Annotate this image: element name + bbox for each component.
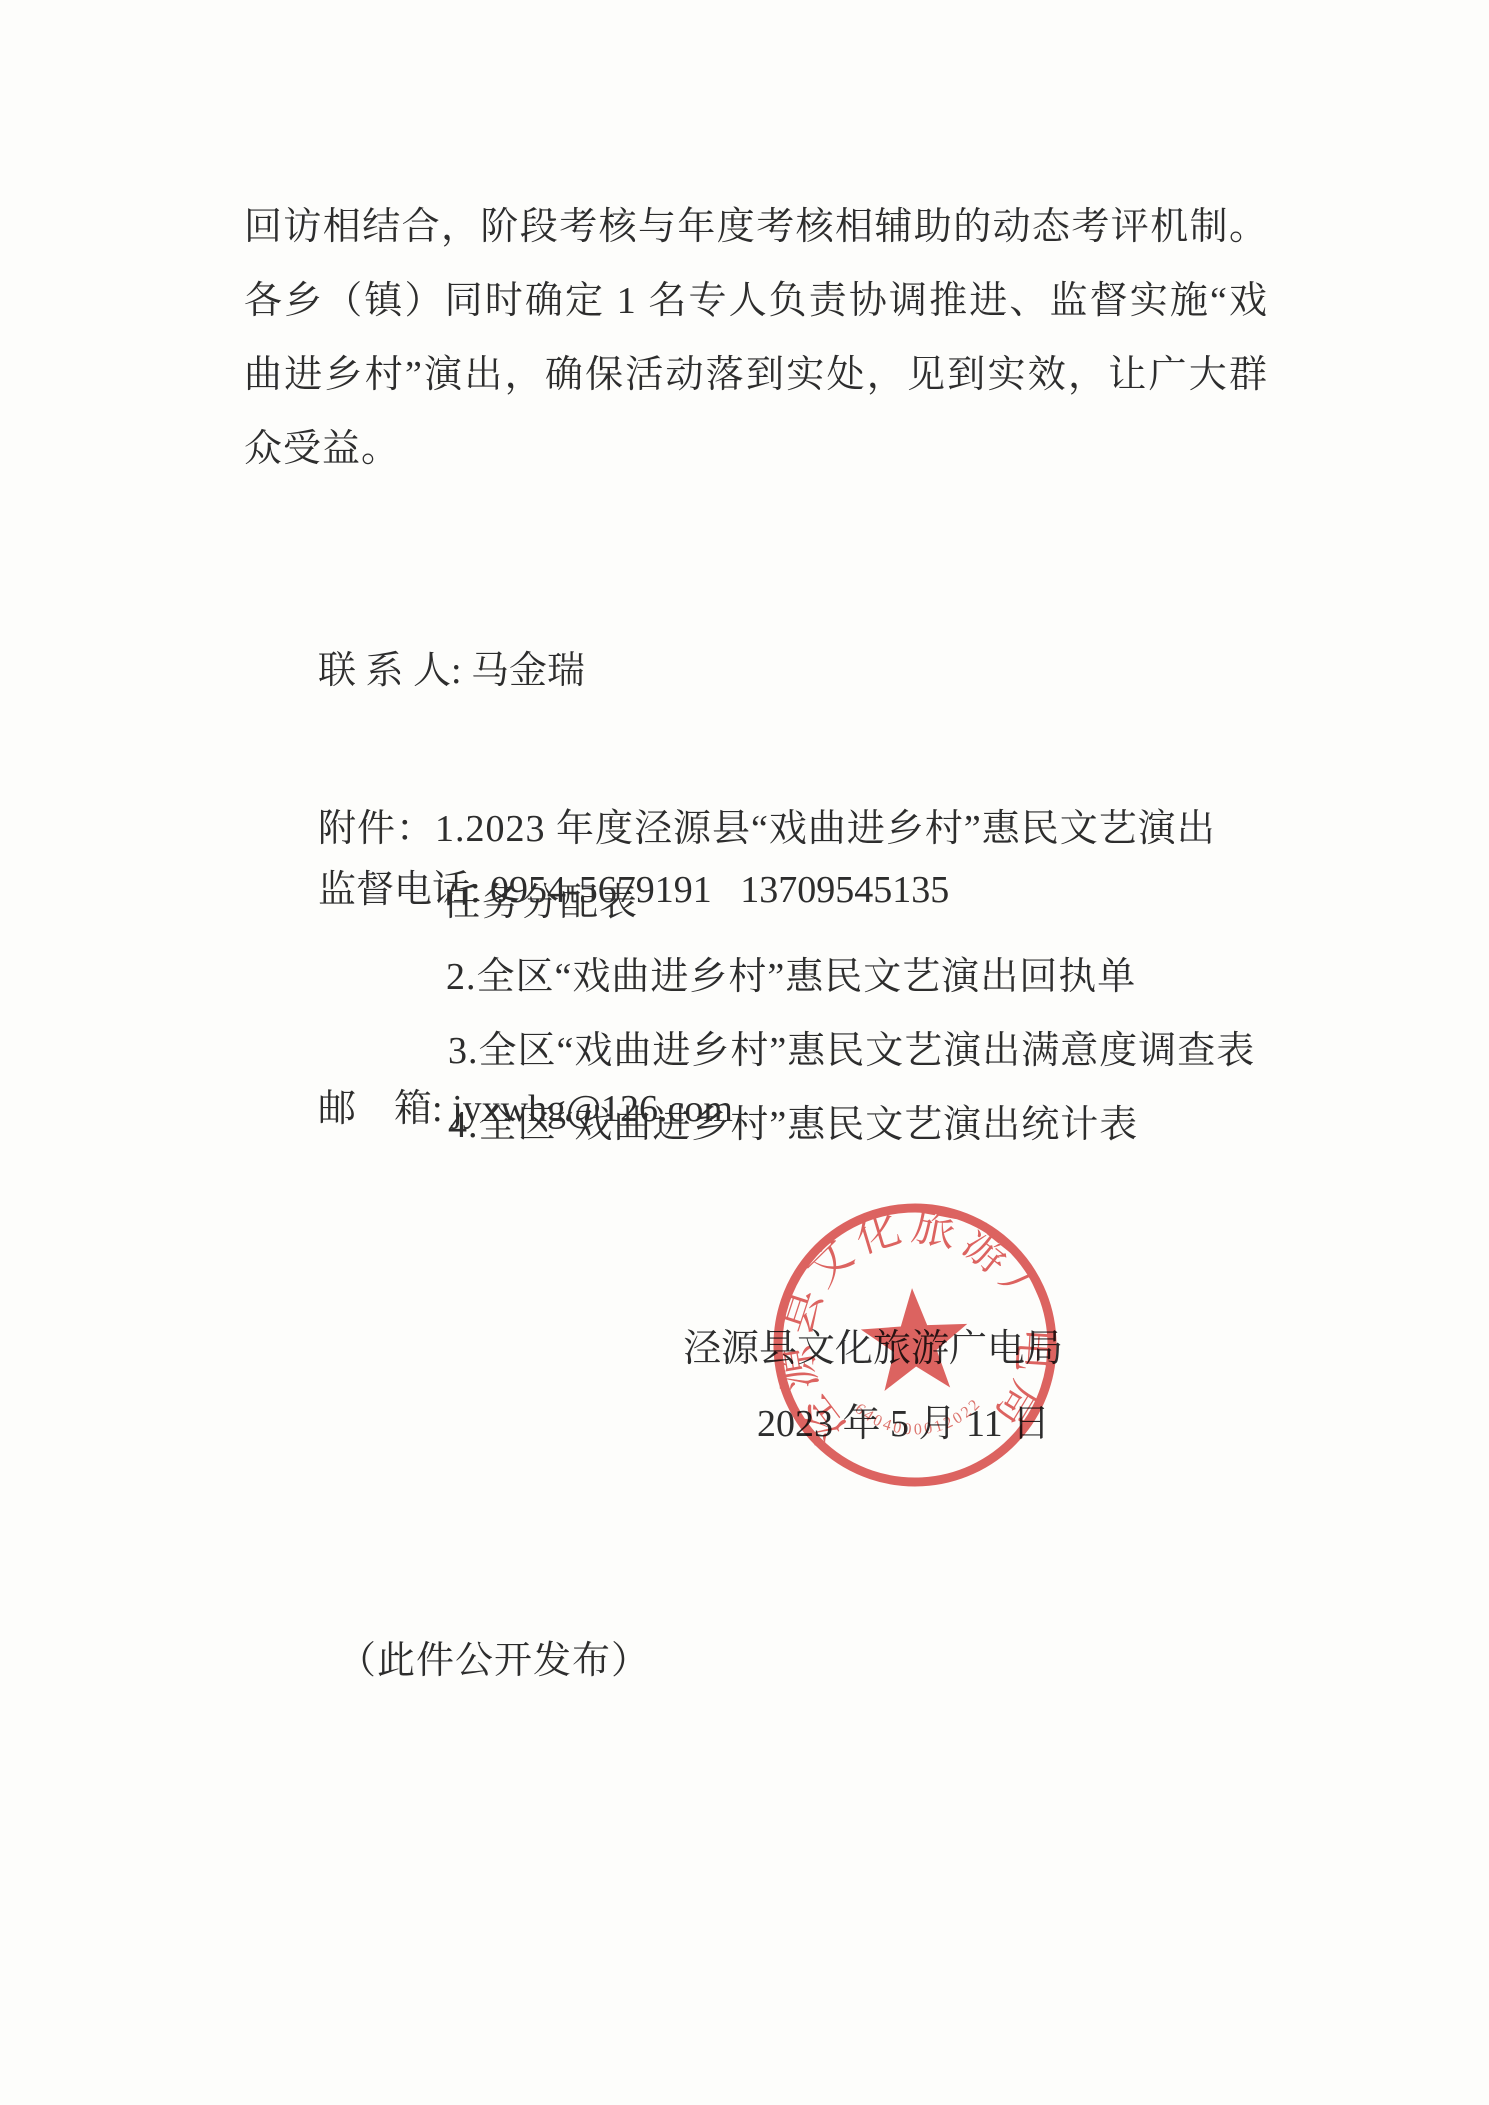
body-paragraph: 回访相结合，阶段考核与年度考核相辅助的动态考评机制。 各乡（镇）同时确定 1 名… xyxy=(244,190,1268,486)
attachments-row-1: 附件：1.2023 年度泾源县“戏曲进乡村”惠民文艺演出 xyxy=(318,792,1216,866)
document-page: 回访相结合，阶段考核与年度考核相辅助的动态考评机制。 各乡（镇）同时确定 1 名… xyxy=(0,0,1489,2105)
public-release-note: （此件公开发布） xyxy=(338,1624,650,1698)
body-line-4: 众受益。 xyxy=(244,412,1268,486)
attachment-item-1-line-1: 1.2023 年度泾源县“戏曲进乡村”惠民文艺演出 xyxy=(435,808,1216,850)
body-line-1: 回访相结合，阶段考核与年度考核相辅助的动态考评机制。 xyxy=(244,190,1268,264)
contact-person-line: 联 系 人: 马金瑞 xyxy=(318,635,949,708)
attachment-item-2: 2.全区“戏曲进乡村”惠民文艺演出回执单 xyxy=(446,940,1136,1014)
body-line-3: 曲进乡村”演出，确保活动落到实处，见到实效，让广大群 xyxy=(244,338,1268,412)
body-line-2: 各乡（镇）同时确定 1 名专人负责协调推进、监督实施“戏 xyxy=(244,264,1268,338)
attachment-item-1-line-2: 任务分配表 xyxy=(443,866,638,940)
attachment-item-3: 3.全区“戏曲进乡村”惠民文艺演出满意度调查表 xyxy=(448,1014,1255,1088)
issuer-name: 泾源县文化旅游广电局 xyxy=(683,1312,1063,1386)
attachment-item-4: 4.全区“戏曲进乡村”惠民文艺演出统计表 xyxy=(448,1088,1138,1162)
attachments-label: 附件： xyxy=(318,808,435,850)
issue-date: 2023 年 5 月 11 日 xyxy=(757,1387,1050,1461)
